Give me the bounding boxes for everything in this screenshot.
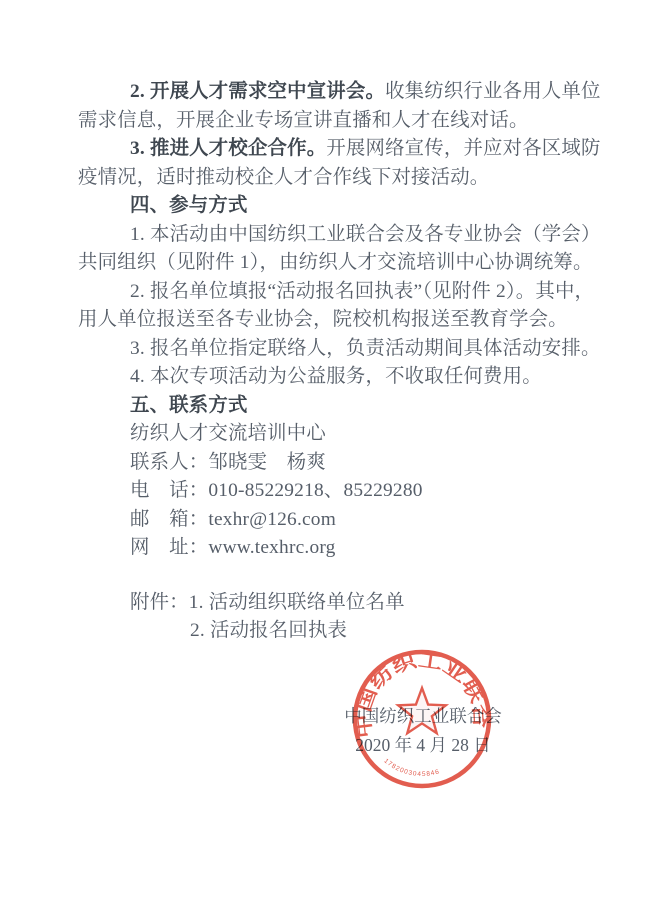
- text-segment: 1. 本活动由中国纺织工业联合会及各专业协会（学会）: [130, 224, 601, 245]
- document-line: 3. 推进人才校企合作。开展网络宣传，并应对各区域防: [78, 135, 583, 164]
- text-segment: 开展网络宣传，并应对各区域防: [326, 138, 600, 159]
- document-line: 电 话：010-85229218、85229280: [78, 477, 583, 506]
- attachment-line: 附件：1. 活动组织联络单位名单: [78, 589, 583, 618]
- official-seal: 中国纺织工业联合会 1782003045846: [347, 644, 497, 794]
- text-segment: 四、参与方式: [130, 195, 248, 216]
- document-line: 2. 开展人才需求空中宣讲会。收集纺织行业各用人单位: [78, 78, 583, 107]
- star-icon: [398, 688, 446, 733]
- document-line: 联系人：邹晓雯 杨爽: [78, 449, 583, 478]
- text-segment: 需求信息，开展企业专场宣讲直播和人才在线对话。: [78, 110, 529, 131]
- document-line: 用人单位报送至各专业协会，院校机构报送至教育学会。: [78, 306, 583, 335]
- text-segment: 2. 开展人才需求空中宣讲会。: [130, 81, 385, 102]
- text-segment: 3. 推进人才校企合作。: [130, 138, 326, 159]
- text-segment: 3. 报名单位指定联络人，负责活动期间具体活动安排。: [130, 338, 601, 359]
- text-segment: 2. 报名单位填报“活动报名回执表”（见附件 2）。其中，: [130, 281, 594, 302]
- text-segment: 纺织人才交流培训中心: [130, 423, 326, 444]
- document-line: 2. 报名单位填报“活动报名回执表”（见附件 2）。其中，: [78, 278, 583, 307]
- document-line: 3. 报名单位指定联络人，负责活动期间具体活动安排。: [78, 335, 583, 364]
- document-line: 纺织人才交流培训中心: [78, 420, 583, 449]
- document-line: 网 址：www.texhrc.org: [78, 534, 583, 563]
- text-segment: 疫情况，适时推动校企人才合作线下对接活动。: [78, 167, 489, 188]
- document-line: 四、参与方式: [78, 192, 583, 221]
- document-line: 需求信息，开展企业专场宣讲直播和人才在线对话。: [78, 107, 583, 136]
- document-body: 2. 开展人才需求空中宣讲会。收集纺织行业各用人单位需求信息，开展企业专场宣讲直…: [78, 78, 583, 646]
- document-page: 2. 开展人才需求空中宣讲会。收集纺织行业各用人单位需求信息，开展企业专场宣讲直…: [0, 0, 650, 919]
- text-segment: 共同组织（见附件 1），由纺织人才交流培训中心协调统筹。: [78, 252, 593, 273]
- attachment-line: 2. 活动报名回执表: [78, 617, 583, 646]
- text-segment: 4. 本次专项活动为公益服务，不收取任何费用。: [130, 366, 542, 387]
- document-line: 疫情况，适时推动校企人才合作线下对接活动。: [78, 164, 583, 193]
- text-segment: 五、联系方式: [130, 395, 248, 416]
- attachment-item: 2. 活动报名回执表: [190, 620, 347, 641]
- text-segment: 收集纺织行业各用人单位: [385, 81, 601, 102]
- text-segment: 网 址：www.texhrc.org: [130, 537, 336, 558]
- text-segment: 用人单位报送至各专业协会，院校机构报送至教育学会。: [78, 309, 568, 330]
- document-line: 五、联系方式: [78, 392, 583, 421]
- document-line: 1. 本活动由中国纺织工业联合会及各专业协会（学会）: [78, 221, 583, 250]
- body-lines: 2. 开展人才需求空中宣讲会。收集纺织行业各用人单位需求信息，开展企业专场宣讲直…: [78, 78, 583, 563]
- attachments: 附件：1. 活动组织联络单位名单 2. 活动报名回执表: [78, 589, 583, 646]
- document-line: 共同组织（见附件 1），由纺织人才交流培训中心协调统筹。: [78, 249, 583, 278]
- text-segment: 电 话：010-85229218、85229280: [130, 480, 423, 501]
- attachment-item: 1. 活动组织联络单位名单: [189, 592, 405, 613]
- attachments-label: 附件：: [130, 592, 189, 613]
- document-line: 4. 本次专项活动为公益服务，不收取任何费用。: [78, 363, 583, 392]
- seal-code-text: 1782003045846: [383, 758, 441, 779]
- document-line: 邮 箱：texhr@126.com: [78, 506, 583, 535]
- text-segment: 联系人：邹晓雯 杨爽: [130, 452, 326, 473]
- text-segment: 邮 箱：texhr@126.com: [130, 509, 336, 530]
